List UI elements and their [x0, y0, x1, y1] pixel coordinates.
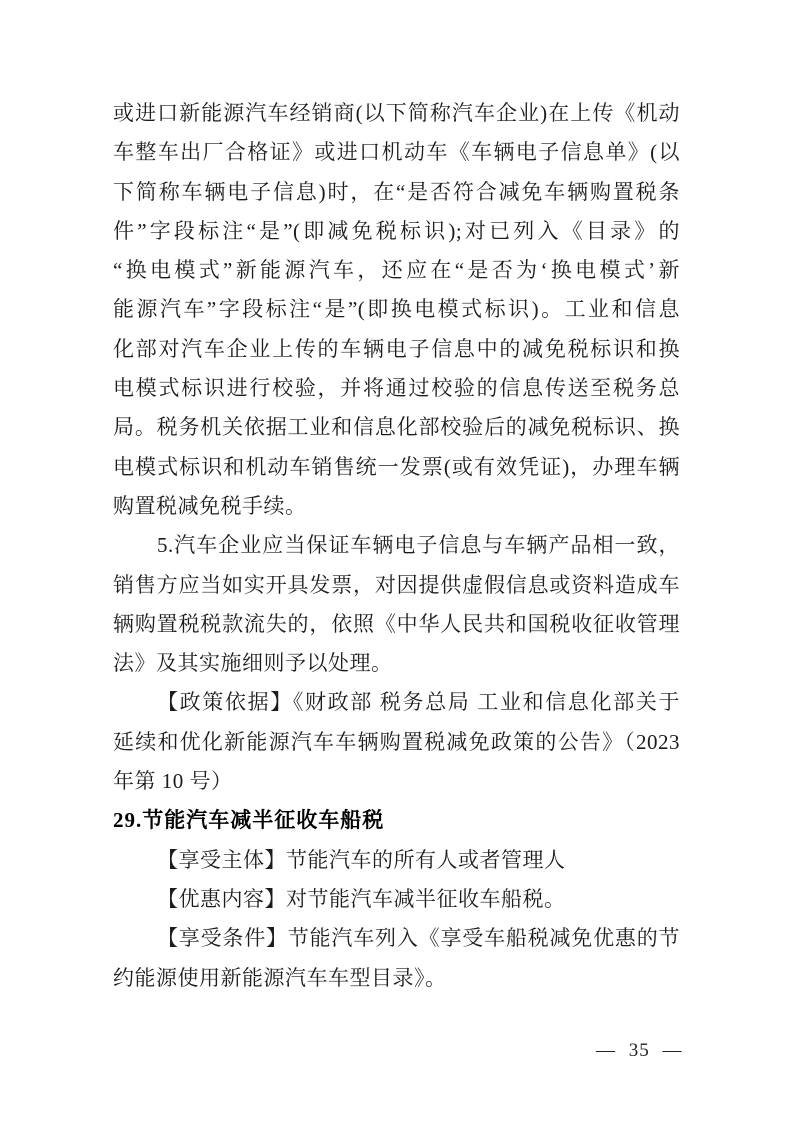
benefit-content-line: 【优惠内容】对节能汽车减半征收车船税。: [113, 880, 680, 919]
text-line: 5.汽车企业应当保证车辆电子信息与车辆产品相一致，: [113, 526, 680, 565]
text-line: 下简称车辆电子信息)时，在“是否符合减免车辆购置税条: [113, 173, 680, 212]
page-number: — 35 —: [596, 1040, 683, 1062]
condition-line: 【享受条件】节能汽车列入《享受车船税减免优惠的节: [113, 919, 680, 958]
policy-basis-line: 延续和优化新能源汽车车辆购置税减免政策的公告》（2023: [113, 723, 680, 762]
text-line: 或进口新能源汽车经销商(以下简称汽车企业)在上传《机动: [113, 94, 680, 133]
policy-basis-line: 【政策依据】《财政部 税务总局 工业和信息化部关于: [113, 683, 680, 722]
text-line: 辆购置税税款流失的，依照《中华人民共和国税收征收管理: [113, 605, 680, 644]
text-line: “换电模式”新能源汽车，还应在“是否为‘换电模式’新: [113, 251, 680, 290]
text-line: 能源汽车”字段标注“是”(即换电模式标识)。工业和信息: [113, 290, 680, 329]
document-page: 或进口新能源汽车经销商(以下简称汽车企业)在上传《机动 车整车出厂合格证》或进口…: [0, 0, 793, 1122]
text-line: 购置税减免税手续。: [113, 487, 680, 526]
text-line: 销售方应当如实开具发票，对因提供虚假信息或资料造成车: [113, 566, 680, 605]
condition-line: 约能源使用新能源汽车车型目录》。: [113, 959, 680, 998]
text-line: 电模式标识进行校验，并将通过校验的信息传送至税务总: [113, 369, 680, 408]
text-line: 件”字段标注“是”(即减免税标识);对已列入《目录》的: [113, 212, 680, 251]
text-line: 车整车出厂合格证》或进口机动车《车辆电子信息单》(以: [113, 133, 680, 172]
text-line: 化部对汽车企业上传的车辆电子信息中的减免税标识和换: [113, 330, 680, 369]
text-line: 局。税务机关依据工业和信息化部校验后的减免税标识、换: [113, 408, 680, 447]
beneficiary-line: 【享受主体】节能汽车的所有人或者管理人: [113, 841, 680, 880]
policy-basis-line: 年第 10 号）: [113, 762, 680, 801]
text-line: 电模式标识和机动车销售统一发票(或有效凭证)，办理车辆: [113, 448, 680, 487]
document-body: 或进口新能源汽车经销商(以下简称汽车企业)在上传《机动 车整车出厂合格证》或进口…: [113, 94, 680, 998]
section-heading: 29.节能汽车减半征收车船税: [113, 801, 680, 840]
text-line: 法》及其实施细则予以处理。: [113, 644, 680, 683]
